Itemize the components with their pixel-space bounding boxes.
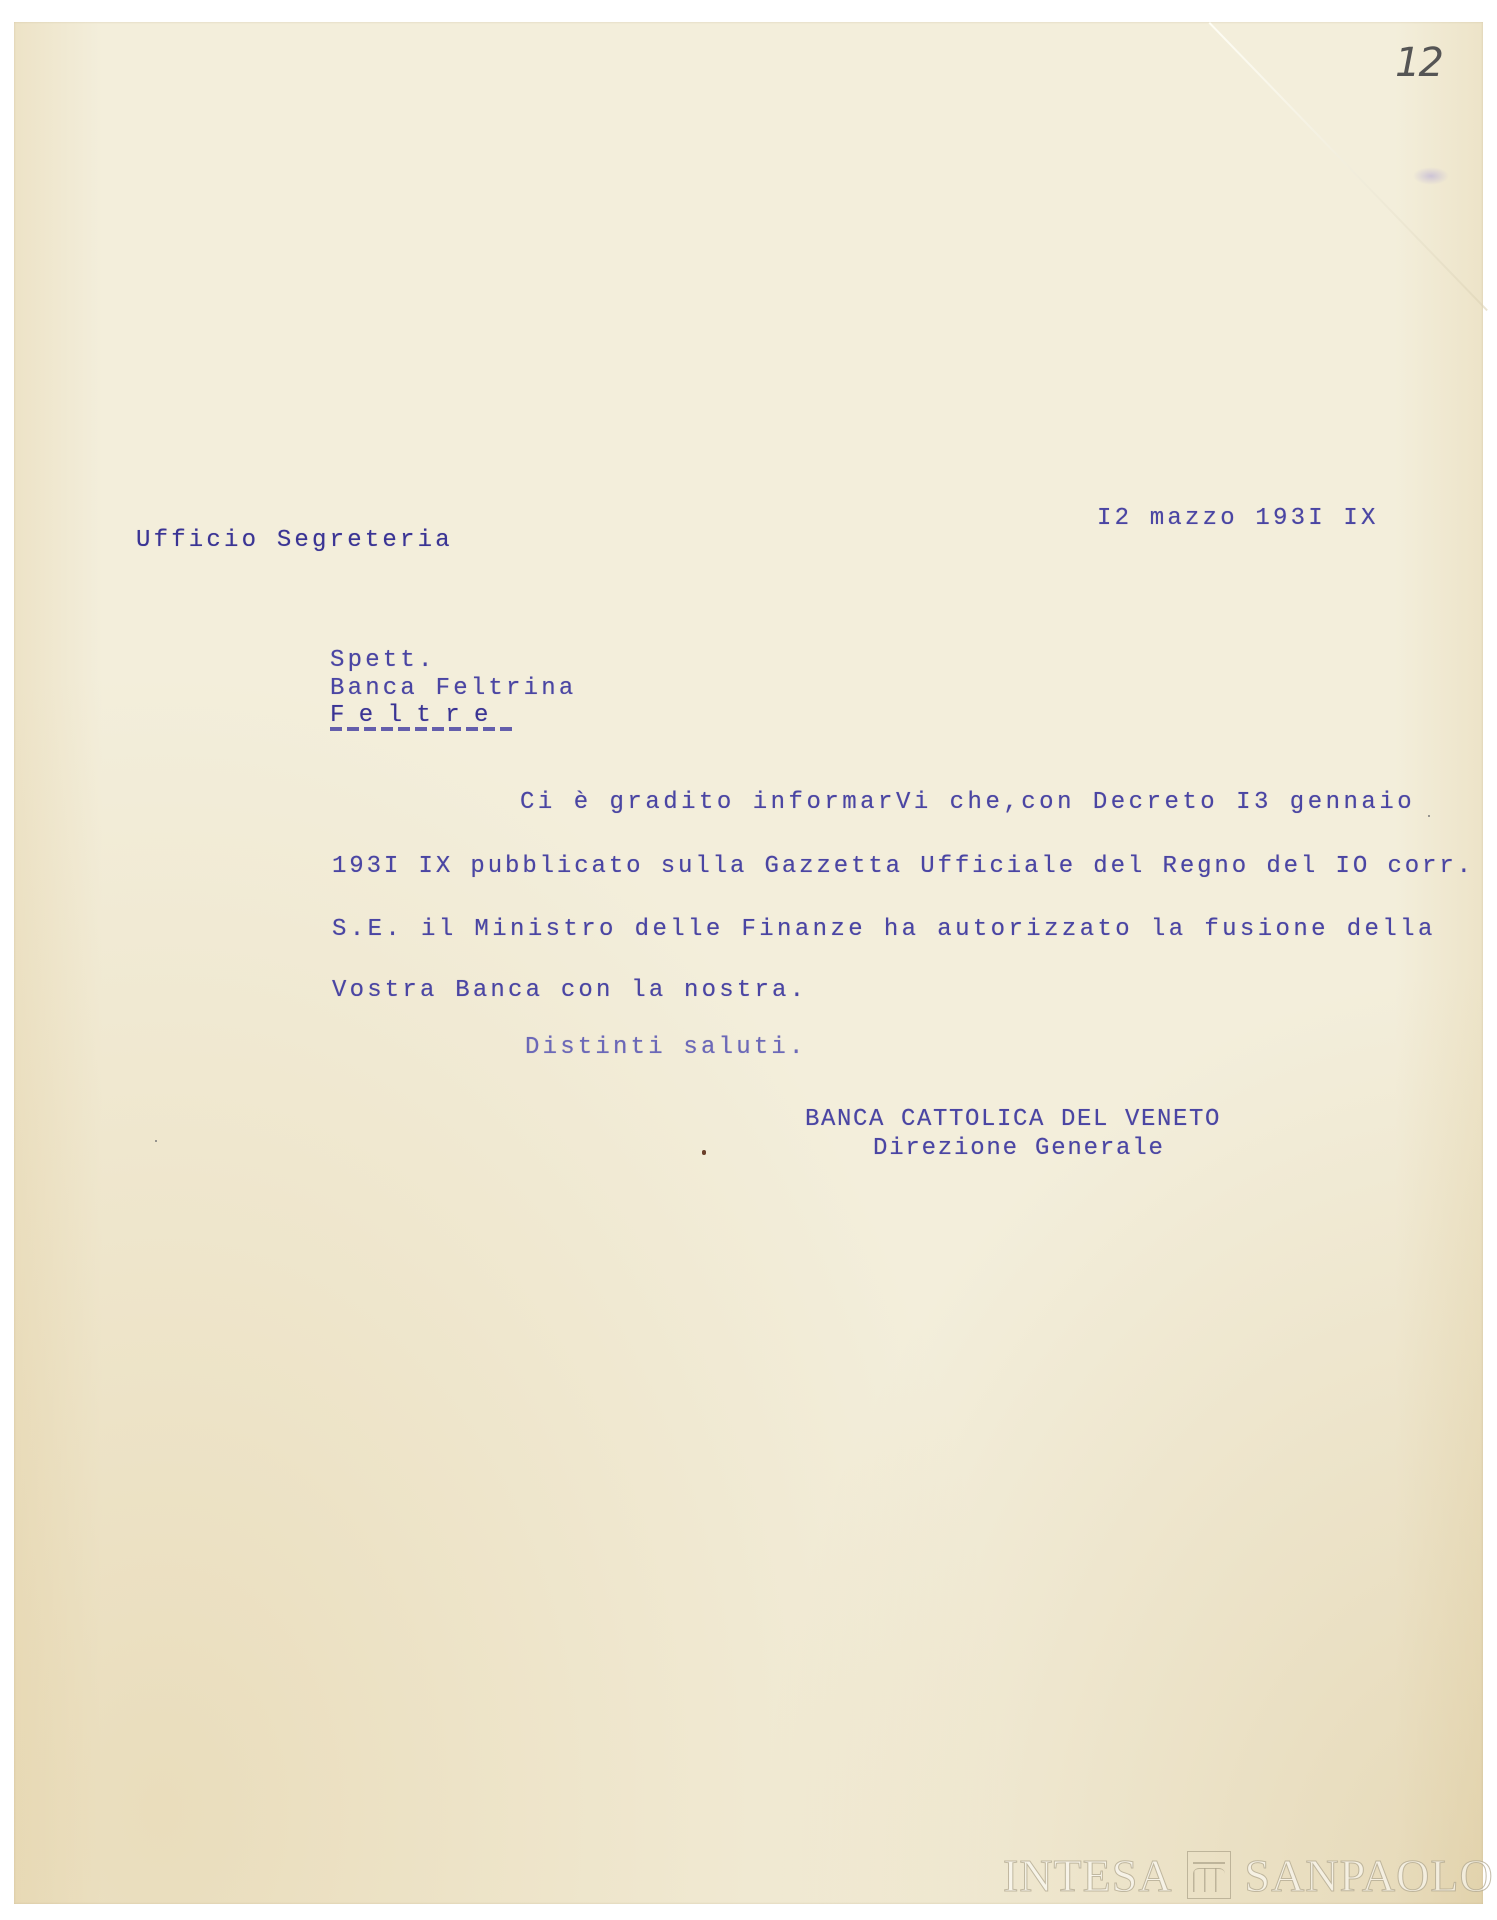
office-heading: Ufficio Segreteria <box>136 529 453 553</box>
recipient-name: Banca Feltrina <box>330 677 576 701</box>
body-line-2: 193I IX pubblicato sulla Gazzetta Uffici… <box>332 855 1474 879</box>
dust-speck <box>155 1140 157 1142</box>
signature-department: Direzione Generale <box>873 1137 1165 1161</box>
body-line-1: Ci è gradito informarVi che,con Decreto … <box>520 791 1415 815</box>
body-line-3: S.E. il Ministro delle Finanze ha autori… <box>332 918 1436 942</box>
ink-speck <box>702 1150 706 1155</box>
watermark-right-text: SANPAOLO <box>1245 1849 1494 1902</box>
intesa-sanpaolo-watermark: INTESA SANPAOLO <box>1003 1848 1494 1902</box>
recipient-salutation: Spett. <box>330 649 436 673</box>
closing-greeting: Distinti saluti. <box>525 1036 807 1060</box>
faded-stamp-mark <box>1413 167 1449 185</box>
watermark-left-text: INTESA <box>1003 1849 1173 1902</box>
recipient-city: F e l t r e <box>330 704 488 728</box>
letter-date: I2 mazzo 193I IX <box>1097 507 1379 531</box>
bank-building-icon <box>1187 1851 1231 1899</box>
signature-organization: BANCA CATTOLICA DEL VENETO <box>805 1108 1221 1132</box>
page-number-handwritten: 12 <box>1395 40 1442 86</box>
recipient-city-underline <box>330 727 515 731</box>
dust-speck <box>1428 815 1430 817</box>
letter-page <box>14 22 1483 1904</box>
body-line-4: Vostra Banca con la nostra. <box>332 979 807 1003</box>
